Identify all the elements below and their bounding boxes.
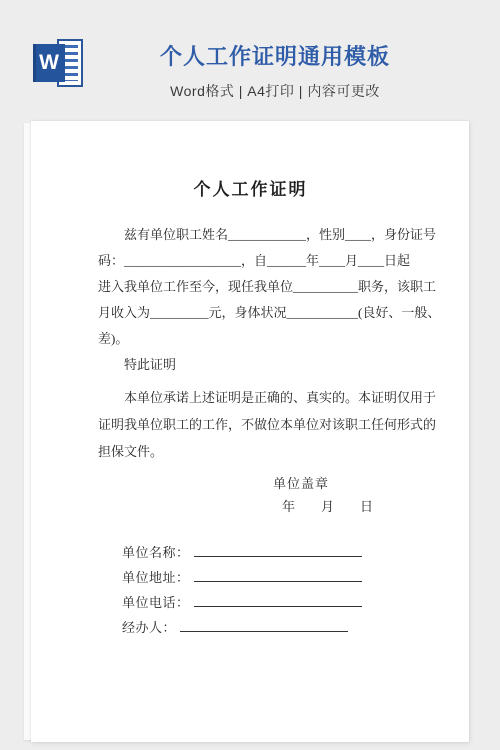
template-title: 个人工作证明通用模板 (60, 40, 490, 71)
template-subtitle: Word格式 | A4打印 | 内容可更改 (60, 81, 490, 101)
field-label: 单位电话： (122, 595, 190, 610)
template-preview-page: { "header": { "title": "个人工作证明通用模板", "su… (0, 0, 500, 750)
header-text: 个人工作证明通用模板 Word格式 | A4打印 | 内容可更改 (60, 40, 490, 101)
field-blank-line (180, 620, 348, 632)
document-page: 个人工作证明 兹有单位职工姓名____________，性别____，身份证号码… (31, 121, 469, 742)
doc-line: 担保文件。 (98, 438, 403, 465)
company-stamp-label: 单位盖章 (273, 473, 403, 495)
field-label: 单位名称： (122, 545, 190, 560)
doc-line: 证明我单位职工的工作，不做位本单位对该职工任何形式的 (98, 411, 403, 438)
field-row: 单位地址： (122, 567, 403, 592)
seal-block: 单位盖章 年 月 日 (273, 473, 403, 519)
doc-line: 差)。 (98, 326, 403, 352)
document-title: 个人工作证明 (98, 175, 403, 200)
field-blank-line (194, 595, 362, 607)
field-row: 单位名称： (122, 542, 403, 567)
field-blank-line (194, 570, 362, 582)
doc-line: 本单位承诺上述证明是正确的、真实的。本证明仅用于 (98, 384, 403, 411)
document-content: 个人工作证明 兹有单位职工姓名____________，性别____，身份证号码… (31, 121, 469, 642)
date-line: 年 月 日 (282, 495, 403, 519)
doc-line: 码：__________________，自______年____月____日起 (98, 248, 403, 274)
field-blank-line (194, 545, 362, 557)
doc-line: 月收入为_________元，身体状况___________(良好、一般、 (98, 300, 403, 326)
doc-line: 特此证明 (98, 352, 403, 378)
field-label: 经办人： (122, 620, 176, 635)
field-label: 单位地址： (122, 570, 190, 585)
paragraph-certificate-body: 兹有单位职工姓名____________，性别____，身份证号码：______… (98, 222, 403, 378)
field-row: 经办人： (122, 617, 403, 642)
field-row: 单位电话： (122, 592, 403, 617)
template-header: W 个人工作证明通用模板 Word格式 | A4打印 | 内容可更改 (0, 0, 500, 112)
fields-block: 单位名称：单位地址：单位电话：经办人： (122, 542, 403, 642)
doc-line: 兹有单位职工姓名____________，性别____，身份证号 (98, 222, 403, 248)
doc-line: 进入我单位工作至今，现任我单位__________职务，该职工 (98, 274, 403, 300)
paragraph-commitment: 本单位承诺上述证明是正确的、真实的。本证明仅用于证明我单位职工的工作，不做位本单… (98, 384, 403, 465)
